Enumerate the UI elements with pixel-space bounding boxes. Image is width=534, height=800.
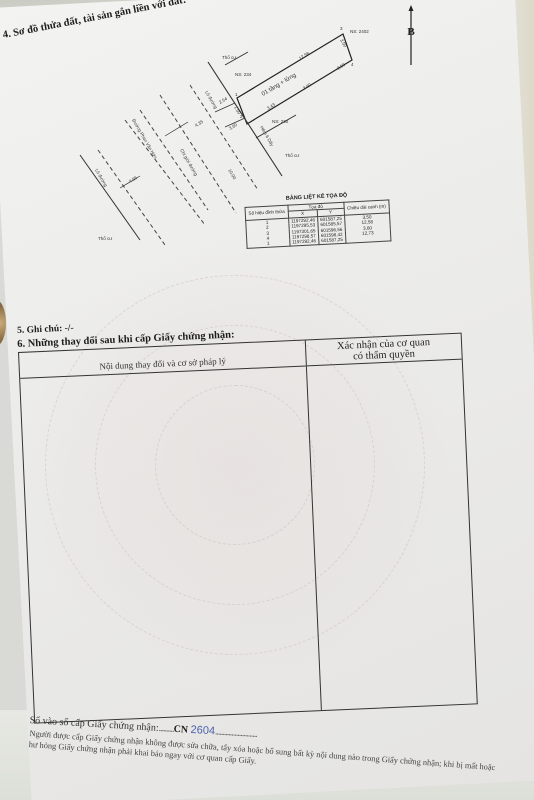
changes-confirmation-column: Xác nhận của cơ quan có thẩm quyền	[306, 334, 477, 710]
changes-table: Nội dung thay đổi và cơ sở pháp lý Xác n…	[18, 333, 478, 724]
changes-content-column: Nội dung thay đổi và cơ sở pháp lý	[19, 340, 322, 722]
registration-number: 2604	[190, 724, 215, 737]
changes-confirmation-header: Xác nhận của cơ quan có thẩm quyền	[306, 334, 462, 367]
cell-y: 601587,25	[319, 237, 346, 244]
coordinate-table: BẢNG LIỆT KÊ TỌA ĐỘ Số hiệu đỉnh thửa Tọ…	[244, 190, 391, 248]
north-arrow-icon: B	[405, 5, 417, 65]
registration-prefix: CN	[173, 724, 188, 736]
svg-text:B: B	[407, 26, 415, 38]
cell-x: 1197292,46	[289, 239, 318, 246]
